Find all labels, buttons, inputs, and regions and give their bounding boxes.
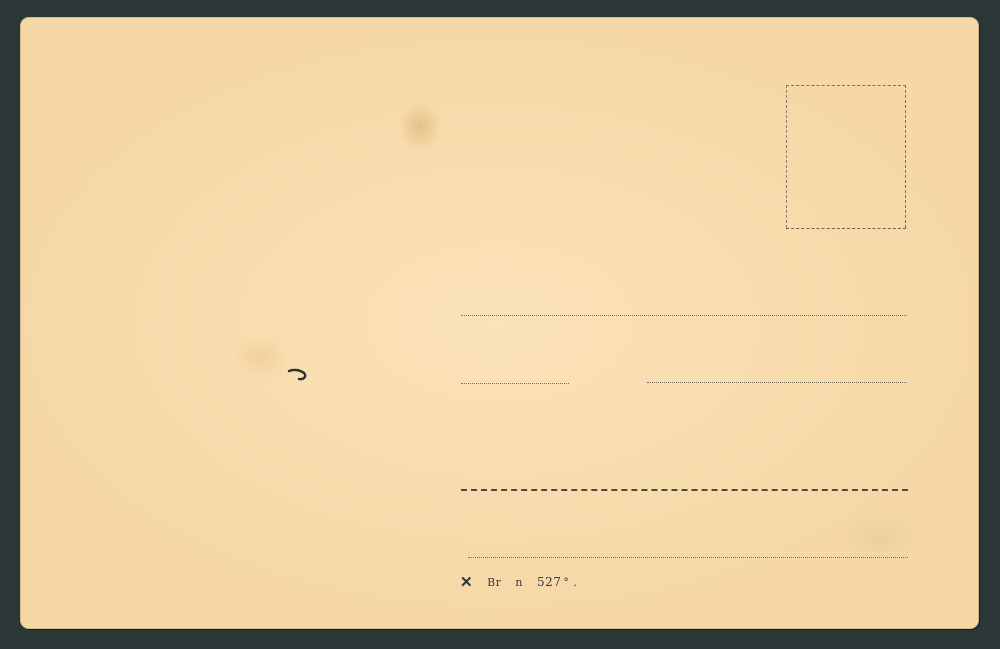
pencil-mark-icon — [286, 367, 310, 385]
printer-mark-number: 527 — [537, 575, 561, 589]
printer-mark-prefix: Br — [487, 576, 501, 589]
address-line-2-right — [647, 382, 907, 383]
address-line-3 — [461, 489, 908, 491]
stamp-box-bottom-line — [786, 228, 906, 229]
printer-mark-middle: n — [515, 576, 523, 589]
address-line-4 — [468, 557, 908, 558]
address-line-2-left — [461, 383, 569, 384]
printer-mark-suffix: ° . — [563, 576, 577, 589]
address-line-1 — [461, 315, 907, 316]
printer-mark: ✕ Br n 527 ° . — [460, 573, 577, 591]
cross-icon: ✕ — [460, 573, 473, 591]
postcard-back: ✕ Br n 527 ° . — [20, 17, 979, 629]
stamp-placement-box — [786, 85, 906, 228]
